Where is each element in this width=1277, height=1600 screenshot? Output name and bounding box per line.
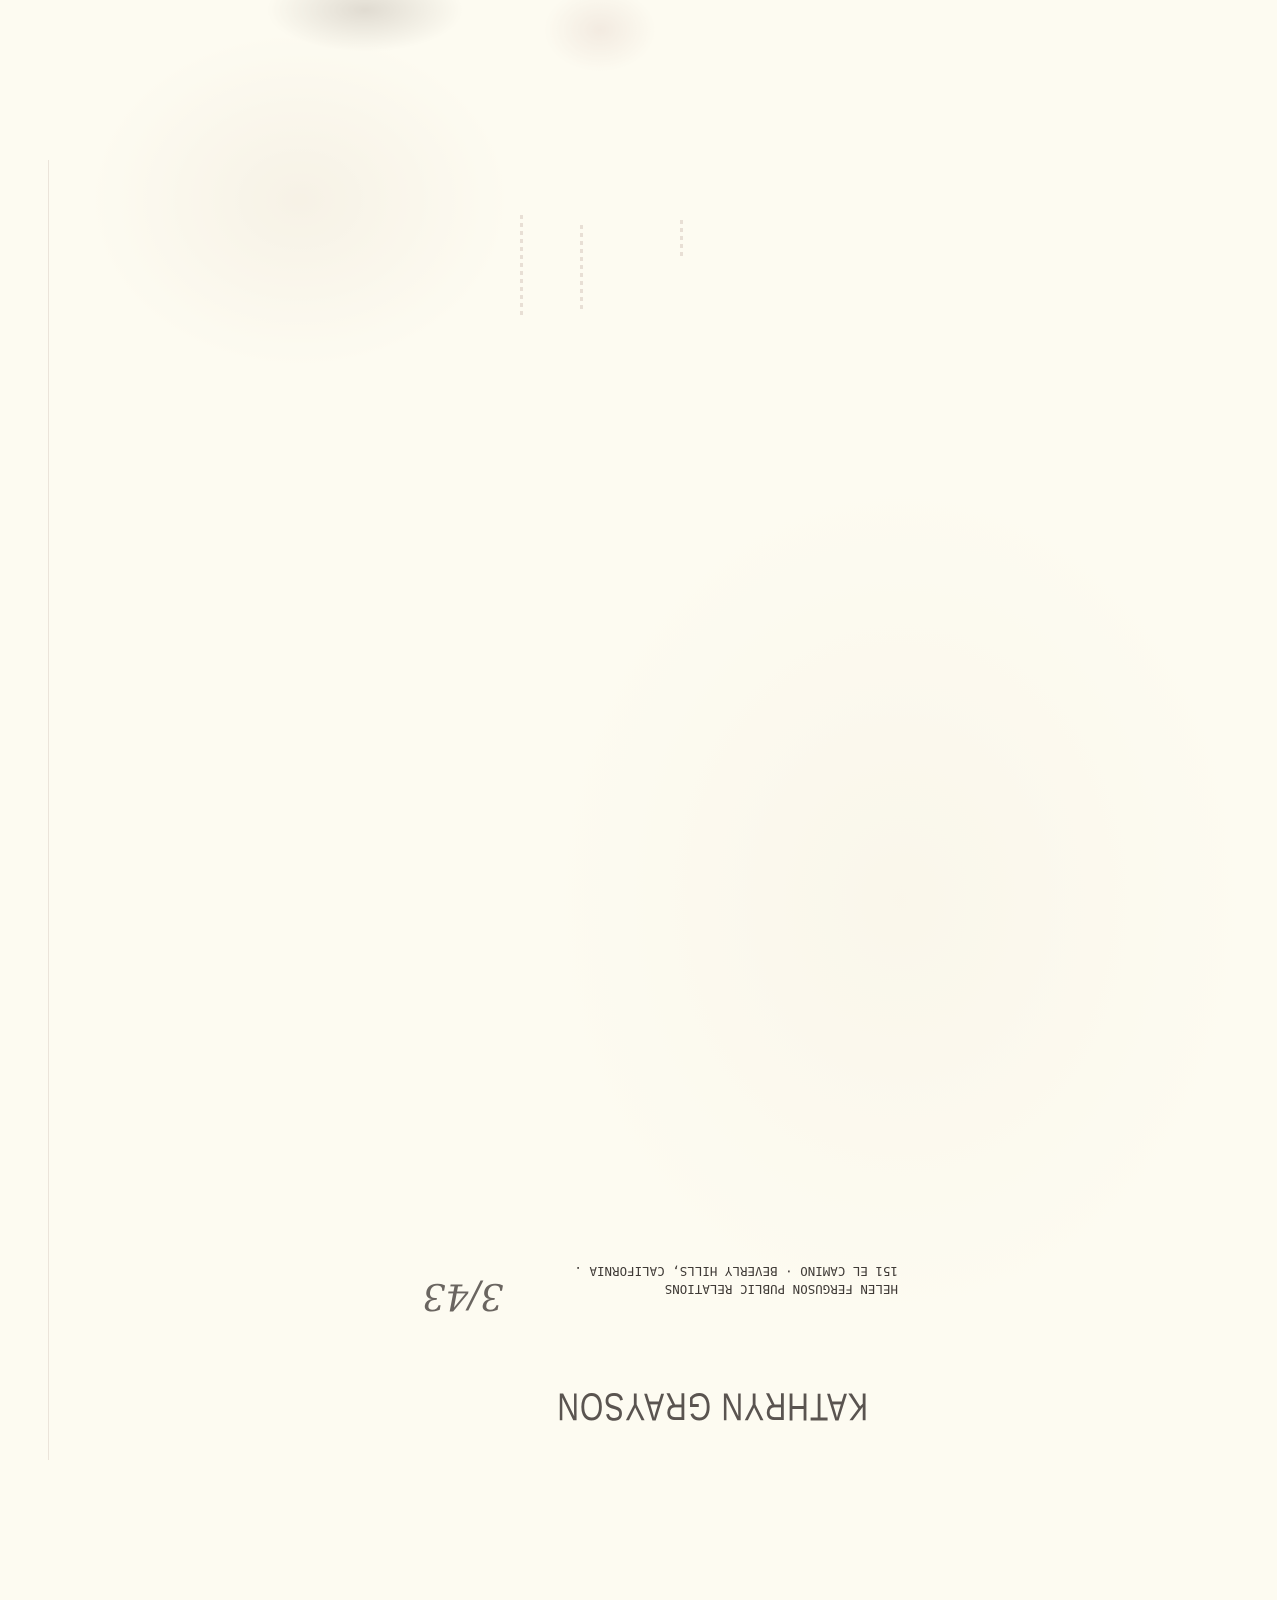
subject-name-stamp: KATHRYN GRAYSON	[588, 1373, 868, 1438]
agency-name: HELEN FERGUSON PUBLIC RELATIONS	[540, 1280, 900, 1298]
bleed-through-mark	[520, 215, 523, 315]
photo-back-paper	[0, 0, 1277, 1600]
paper-crease	[48, 160, 49, 1460]
bleed-through-mark	[680, 220, 683, 260]
agency-address: 151 EL CAMINO · BEVERLY HILLS, CALIFORNI…	[540, 1262, 900, 1280]
bleed-through-mark	[580, 225, 583, 310]
agency-stamp: HELEN FERGUSON PUBLIC RELATIONS 151 EL C…	[540, 1262, 900, 1298]
handwritten-date-note: 3/43	[418, 1270, 508, 1320]
